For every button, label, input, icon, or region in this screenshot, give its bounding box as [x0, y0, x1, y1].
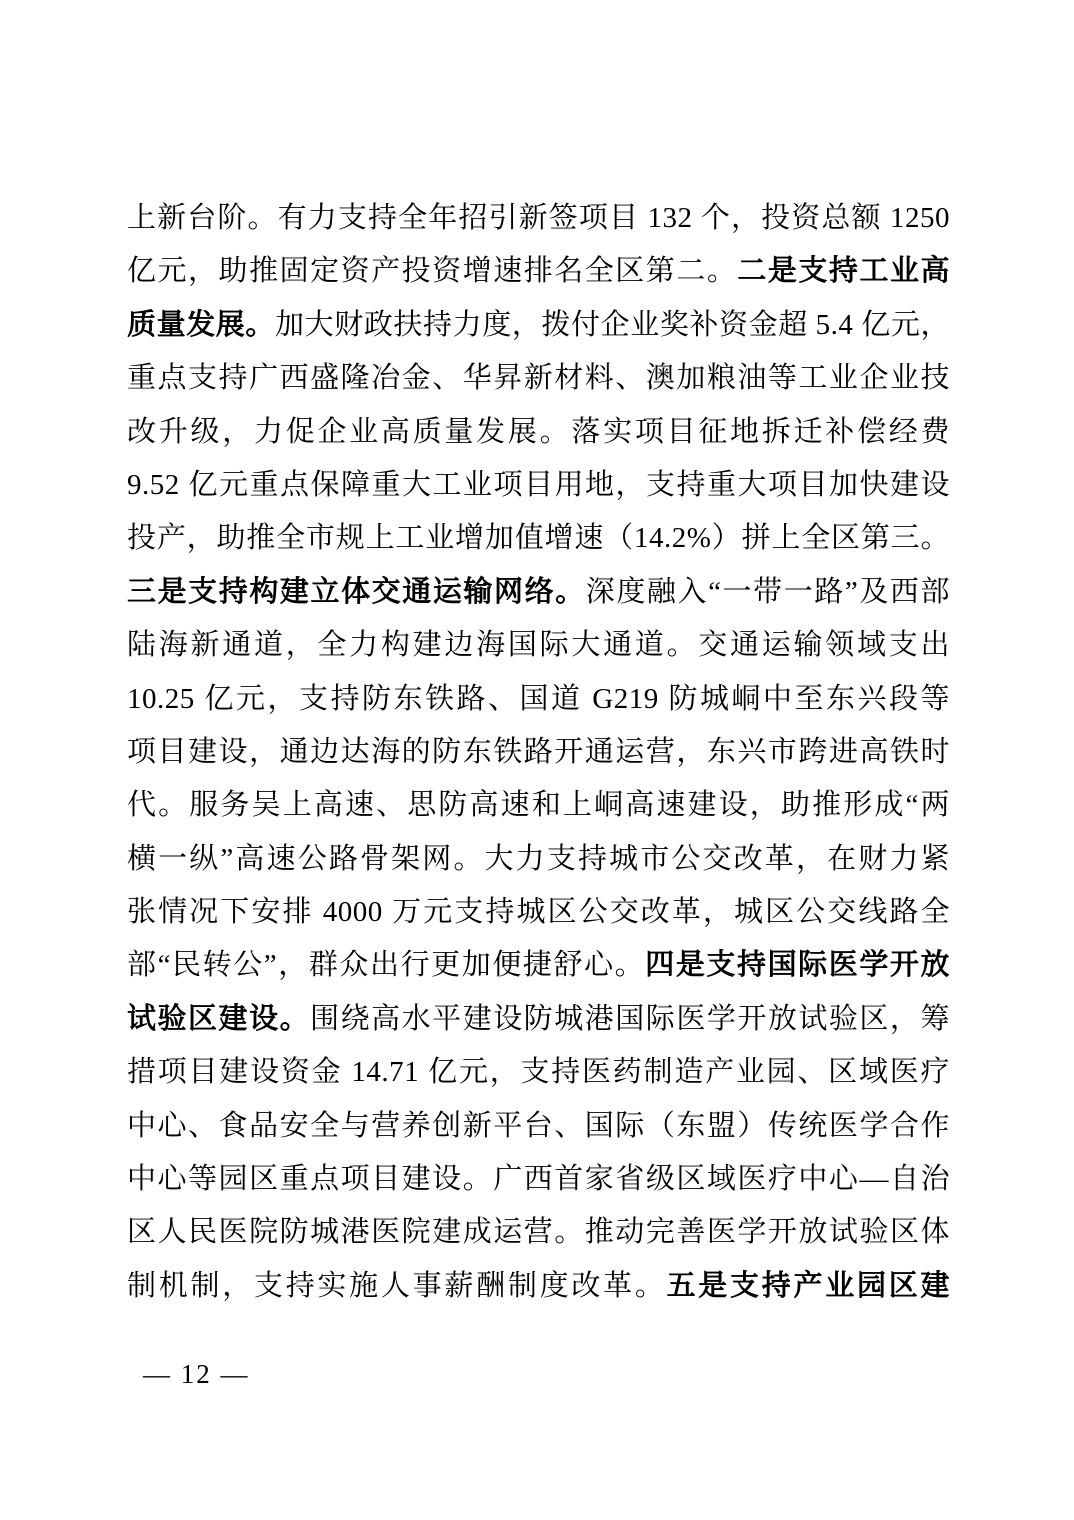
document-lines: 上新台阶。有力支持全年招引新签项目 132 个，投资总额 1250亿元，助推固定… — [127, 192, 950, 1313]
text-line: 中心等园区重点项目建设。广西首家省级区域医疗中心—自治 — [127, 1153, 950, 1206]
emphasis-text: 三是支持构建立体交通运输网络。 — [127, 576, 586, 608]
text-line: 重点支持广西盛隆冶金、华昇新材料、澳加粮油等工业企业技 — [127, 352, 950, 405]
text-line: 试验区建设。围绕高水平建设防城港国际医学开放试验区，筹 — [127, 993, 950, 1046]
text-line: 改升级，力促企业高质量发展。落实项目征地拆迁补偿经费 — [127, 406, 950, 459]
document-page: 上新台阶。有力支持全年招引新签项目 132 个，投资总额 1250亿元，助推固定… — [0, 0, 1074, 1520]
text-line: 亿元，助推固定资产投资增速排名全区第二。二是支持工业高 — [127, 245, 950, 298]
emphasis-text: 质量发展。 — [127, 309, 275, 341]
body-text: 10.25 亿元，支持防东铁路、国道 G219 防城峒中至东兴段等 — [127, 683, 950, 715]
body-text: 张情况下安排 4000 万元支持城区公交改革，城区公交线路全 — [127, 896, 950, 928]
text-line: 陆海新通道，全力构建边海国际大通道。交通运输领域支出 — [127, 619, 950, 672]
text-line: 横一纵”高速公路骨架网。大力支持城市公交改革，在财力紧 — [127, 833, 950, 886]
body-text: 制机制，支持实施人事薪酬制度改革。 — [127, 1270, 667, 1302]
body-text: 亿元，助推固定资产投资增速排名全区第二。 — [127, 255, 737, 287]
text-line: 上新台阶。有力支持全年招引新签项目 132 个，投资总额 1250 — [127, 192, 950, 245]
emphasis-text: 二是支持工业高 — [737, 255, 950, 287]
body-text: 代。服务吴上高速、思防高速和上峒高速建设，助推形成“两 — [127, 789, 950, 821]
text-line: 三是支持构建立体交通运输网络。深度融入“一带一路”及西部 — [127, 566, 950, 619]
body-text: 重点支持广西盛隆冶金、华昇新材料、澳加粮油等工业企业技 — [127, 362, 950, 394]
body-text: 9.52 亿元重点保障重大工业项目用地，支持重大项目加快建设 — [127, 469, 950, 501]
text-line: 9.52 亿元重点保障重大工业项目用地，支持重大项目加快建设 — [127, 459, 950, 512]
text-line: 制机制，支持实施人事薪酬制度改革。五是支持产业园区建 — [127, 1260, 950, 1313]
emphasis-text: 四是支持国际医学开放 — [645, 949, 950, 981]
body-text: 措项目建设资金 14.71 亿元，支持医药制造产业园、区域医疗 — [127, 1056, 950, 1088]
page-number: — 12 — — [143, 1356, 250, 1392]
text-line: 质量发展。加大财政扶持力度，拨付企业奖补资金超 5.4 亿元， — [127, 299, 950, 352]
body-text: 加大财政扶持力度，拨付企业奖补资金超 5.4 亿元， — [275, 309, 950, 341]
body-text: 中心、食品安全与营养创新平台、国际（东盟）传统医学合作 — [127, 1110, 950, 1142]
body-text: 上新台阶。有力支持全年招引新签项目 132 个，投资总额 1250 — [127, 202, 950, 234]
text-line: 区人民医院防城港医院建成运营。推动完善医学开放试验区体 — [127, 1206, 950, 1259]
body-text: 部“民转公”，群众出行更加便捷舒心。 — [127, 949, 645, 981]
body-text: 横一纵”高速公路骨架网。大力支持城市公交改革，在财力紧 — [127, 843, 950, 875]
text-line: 张情况下安排 4000 万元支持城区公交改革，城区公交线路全 — [127, 886, 950, 939]
body-text: 深度融入“一带一路”及西部 — [586, 576, 950, 608]
text-line: 10.25 亿元，支持防东铁路、国道 G219 防城峒中至东兴段等 — [127, 673, 950, 726]
body-text: 陆海新通道，全力构建边海国际大通道。交通运输领域支出 — [127, 629, 950, 661]
emphasis-text: 五是支持产业园区建 — [667, 1270, 950, 1302]
body-text: 中心等园区重点项目建设。广西首家省级区域医疗中心—自治 — [127, 1163, 950, 1195]
text-line: 措项目建设资金 14.71 亿元，支持医药制造产业园、区域医疗 — [127, 1046, 950, 1099]
body-text: 围绕高水平建设防城港国际医学开放试验区，筹 — [310, 1003, 950, 1035]
body-text: 区人民医院防城港医院建成运营。推动完善医学开放试验区体 — [127, 1216, 950, 1248]
text-line: 项目建设，通边达海的防东铁路开通运营，东兴市跨进高铁时 — [127, 726, 950, 779]
body-text: 投产，助推全市规上工业增加值增速（14.2%）拼上全区第三。 — [127, 522, 950, 554]
text-line: 投产，助推全市规上工业增加值增速（14.2%）拼上全区第三。 — [127, 512, 950, 565]
text-line: 代。服务吴上高速、思防高速和上峒高速建设，助推形成“两 — [127, 779, 950, 832]
text-line: 中心、食品安全与营养创新平台、国际（东盟）传统医学合作 — [127, 1100, 950, 1153]
body-text: 改升级，力促企业高质量发展。落实项目征地拆迁补偿经费 — [127, 416, 950, 448]
text-line: 部“民转公”，群众出行更加便捷舒心。四是支持国际医学开放 — [127, 939, 950, 992]
body-text: 项目建设，通边达海的防东铁路开通运营，东兴市跨进高铁时 — [127, 736, 950, 768]
emphasis-text: 试验区建设。 — [127, 1003, 310, 1035]
